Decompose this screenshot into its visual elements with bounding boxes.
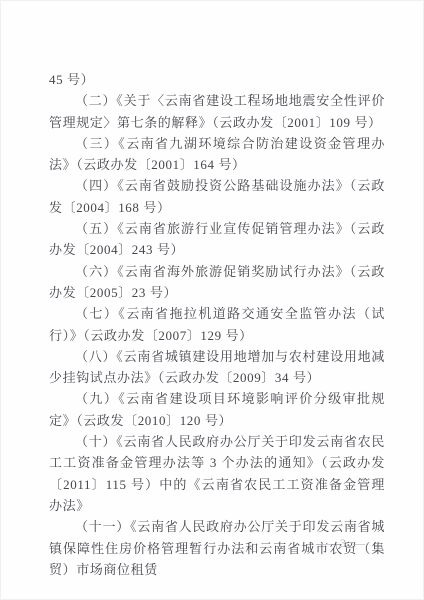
list-item-2: （二）《关于〈云南省建设工程场地地震安全性评价管理规定〉第七条的解释》（云政办发… xyxy=(49,90,385,133)
list-item-10: （十）《云南省人民政府办公厅关于印发云南省农民工工资准备金管理办法等 3 个办法… xyxy=(49,431,385,516)
document-page: 45 号） （二）《关于〈云南省建设工程场地地震安全性评价管理规定〉第七条的解释… xyxy=(0,0,424,600)
list-item-4: （四）《云南省鼓励投资公路基础设施办法》（云政发〔2004〕168 号） xyxy=(49,175,385,218)
list-item-7: （七）《云南省拖拉机道路交通安全监管办法（试行）》（云政办发〔2007〕129 … xyxy=(49,303,385,346)
list-item-6: （六）《云南省海外旅游促销奖励试行办法》（云政办发〔2005〕23 号） xyxy=(49,261,385,304)
list-item-3: （三）《云南省九湖环境综合防治建设资金管理办法》（云政办发〔2001〕164 号… xyxy=(49,133,385,176)
list-item-8: （八）《云南省城镇建设用地增加与农村建设用地减少挂钩试点办法》（云政办发〔200… xyxy=(49,346,385,389)
document-body: 45 号） （二）《关于〈云南省建设工程场地地震安全性评价管理规定〉第七条的解释… xyxy=(49,69,385,580)
continuation-line: 45 号） xyxy=(49,69,385,90)
page-number: — 3 — xyxy=(321,536,367,551)
list-item-5: （五）《云南省旅游行业宣传促销管理办法》（云政办发〔2004〕243 号） xyxy=(49,218,385,261)
list-item-9: （九）《云南省建设项目环境影响评价分级审批规定》（云政发〔2010〕120 号） xyxy=(49,388,385,431)
